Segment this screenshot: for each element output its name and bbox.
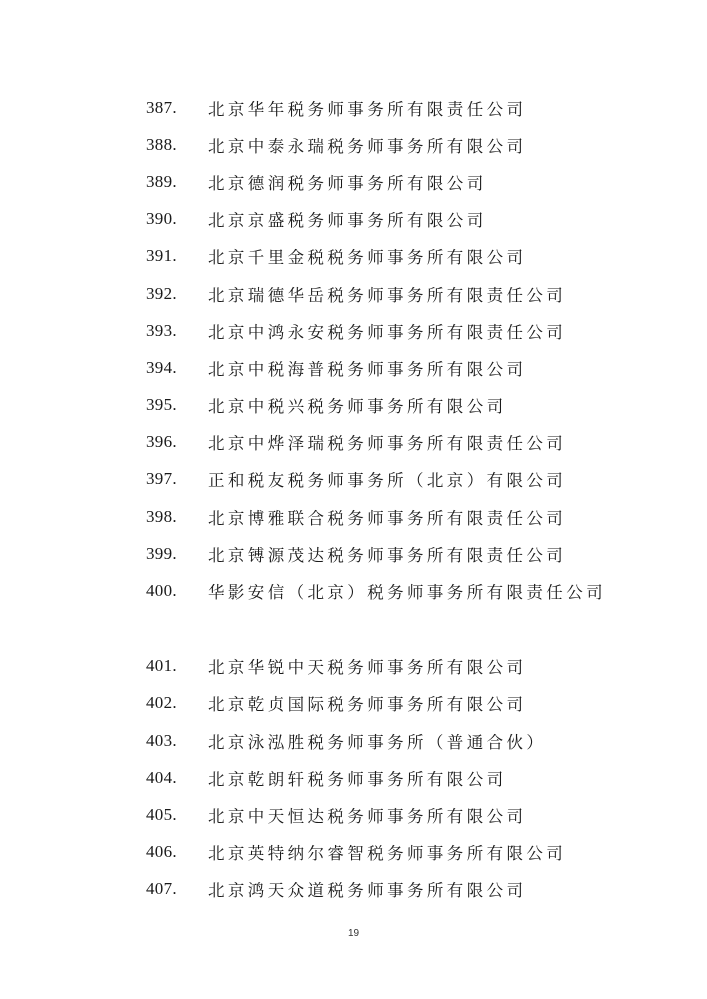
item-number: 402. <box>146 693 208 713</box>
item-number: 407. <box>146 879 208 899</box>
item-number: 387. <box>146 98 208 118</box>
list-item: 397.正和税友税务师事务所（北京）有限公司 <box>146 461 666 498</box>
item-number: 396. <box>146 432 208 452</box>
section-gap <box>146 610 666 648</box>
list-item: 388.北京中泰永瑞税务师事务所有限公司 <box>146 126 666 163</box>
firm-name: 北京德润税务师事务所有限公司 <box>208 170 487 194</box>
firm-name: 北京中鸿永安税务师事务所有限责任公司 <box>208 319 566 343</box>
firm-name: 北京中天恒达税务师事务所有限公司 <box>208 803 526 827</box>
firm-name: 北京博雅联合税务师事务所有限责任公司 <box>208 505 566 529</box>
list-item: 394.北京中税海普税务师事务所有限公司 <box>146 349 666 386</box>
item-number: 405. <box>146 805 208 825</box>
list-item: 395.北京中税兴税务师事务所有限公司 <box>146 387 666 424</box>
item-number: 398. <box>146 507 208 527</box>
list-item: 390.北京京盛税务师事务所有限公司 <box>146 201 666 238</box>
list-item: 406.北京英特纳尔睿智税务师事务所有限公司 <box>146 834 666 871</box>
firm-name: 北京泳泓胜税务师事务所（普通合伙） <box>208 729 546 753</box>
list-item: 398.北京博雅联合税务师事务所有限责任公司 <box>146 498 666 535</box>
item-number: 399. <box>146 544 208 564</box>
list-item: 400.华影安信（北京）税务师事务所有限责任公司 <box>146 572 666 609</box>
firm-name: 正和税友税务师事务所（北京）有限公司 <box>208 467 566 491</box>
list-item: 405.北京中天恒达税务师事务所有限公司 <box>146 796 666 833</box>
list-item: 399.北京镈源茂达税务师事务所有限责任公司 <box>146 535 666 572</box>
item-number: 393. <box>146 321 208 341</box>
firm-name: 北京华锐中天税务师事务所有限公司 <box>208 654 526 678</box>
item-number: 403. <box>146 731 208 751</box>
item-number: 394. <box>146 358 208 378</box>
firm-name: 北京瑞德华岳税务师事务所有限责任公司 <box>208 282 566 306</box>
item-number: 389. <box>146 172 208 192</box>
item-number: 397. <box>146 469 208 489</box>
list-item: 389.北京德润税务师事务所有限公司 <box>146 163 666 200</box>
item-number: 401. <box>146 656 208 676</box>
list-item: 404.北京乾朗轩税务师事务所有限公司 <box>146 759 666 796</box>
firm-name: 北京鸿天众道税务师事务所有限公司 <box>208 877 526 901</box>
firm-name: 北京华年税务师事务所有限责任公司 <box>208 96 526 120</box>
list-item: 407.北京鸿天众道税务师事务所有限公司 <box>146 871 666 908</box>
document-page: 387.北京华年税务师事务所有限责任公司 388.北京中泰永瑞税务师事务所有限公… <box>0 0 707 999</box>
item-number: 400. <box>146 581 208 601</box>
list-item: 402.北京乾贞国际税务师事务所有限公司 <box>146 685 666 722</box>
item-number: 388. <box>146 135 208 155</box>
firm-name: 北京中烨泽瑞税务师事务所有限责任公司 <box>208 430 566 454</box>
firm-name: 北京乾朗轩税务师事务所有限公司 <box>208 766 507 790</box>
item-number: 404. <box>146 768 208 788</box>
firm-list: 387.北京华年税务师事务所有限责任公司 388.北京中泰永瑞税务师事务所有限公… <box>146 89 666 908</box>
page-number: 19 <box>0 928 707 939</box>
firm-name: 北京镈源茂达税务师事务所有限责任公司 <box>208 542 566 566</box>
item-number: 406. <box>146 842 208 862</box>
list-item: 387.北京华年税务师事务所有限责任公司 <box>146 89 666 126</box>
item-number: 390. <box>146 209 208 229</box>
firm-name: 北京乾贞国际税务师事务所有限公司 <box>208 691 526 715</box>
list-item: 396.北京中烨泽瑞税务师事务所有限责任公司 <box>146 424 666 461</box>
list-item: 393.北京中鸿永安税务师事务所有限责任公司 <box>146 312 666 349</box>
item-number: 391. <box>146 246 208 266</box>
list-item: 403.北京泳泓胜税务师事务所（普通合伙） <box>146 722 666 759</box>
firm-name: 北京中税海普税务师事务所有限公司 <box>208 356 526 380</box>
firm-name: 北京京盛税务师事务所有限公司 <box>208 207 487 231</box>
list-item: 392.北京瑞德华岳税务师事务所有限责任公司 <box>146 275 666 312</box>
item-number: 392. <box>146 284 208 304</box>
firm-name: 北京中税兴税务师事务所有限公司 <box>208 393 507 417</box>
item-number: 395. <box>146 395 208 415</box>
list-item: 391.北京千里金税税务师事务所有限公司 <box>146 238 666 275</box>
firm-name: 北京中泰永瑞税务师事务所有限公司 <box>208 133 526 157</box>
firm-name: 华影安信（北京）税务师事务所有限责任公司 <box>208 579 606 603</box>
firm-name: 北京英特纳尔睿智税务师事务所有限公司 <box>208 840 566 864</box>
list-item: 401.北京华锐中天税务师事务所有限公司 <box>146 648 666 685</box>
firm-name: 北京千里金税税务师事务所有限公司 <box>208 244 526 268</box>
